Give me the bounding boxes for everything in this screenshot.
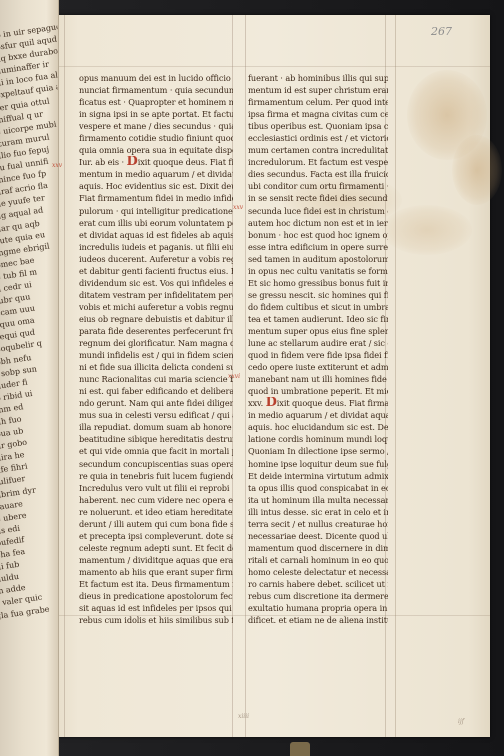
text-line: ro carnis habere debet. scilicet ut nisi	[248, 578, 388, 590]
rubric-initial: D	[127, 156, 138, 168]
marginal-rubric: xxv	[52, 162, 62, 169]
text-line: exultatio humana propria opera in ino	[248, 602, 388, 614]
text-line: mentum id est super christum erant. Voca…	[248, 84, 388, 96]
text-line: ni est. qui faber edificando et delibera	[79, 385, 233, 397]
text-line: nunciat firmamentum · quia secundum illu…	[79, 84, 233, 96]
text-line: cedo opere iuste extiterunt et admiratio…	[248, 361, 388, 373]
text-line: aquis. hoc elucidandum sic est. Deus in …	[248, 421, 388, 433]
text-line: re noluerunt. et ideo etiam hereditatem …	[79, 506, 233, 518]
text-line: iudeos ducerent. Auferetur a vobis regnu…	[79, 253, 233, 265]
text-line: quod in fidem vere fide ipsa fidei fine …	[248, 349, 388, 361]
text-line: manebant nam ut illi homines fide tamen	[248, 373, 388, 385]
text-line: Et deide intermina virtutum admixte	[248, 470, 388, 482]
facing-page-text: o in uir sepagudosfur quil aqudaq bxxe d…	[0, 30, 58, 623]
ruling-line	[395, 15, 396, 737]
bottom-mark: ijf	[458, 718, 464, 725]
text-line: ndo gerunt. Nam qui ante fidei diligens …	[79, 397, 233, 409]
water-stain	[452, 135, 502, 205]
text-line: in signa ipsi in se apte portat. Et fact…	[79, 108, 233, 120]
text-line: Fiat firmamentum fidei in medio infideli…	[79, 192, 233, 204]
text-line: homine ipse loquitur deum sue fulgere.	[248, 458, 388, 470]
text-line: in se sensit recte fidei dies secundus /…	[248, 192, 388, 204]
text-line: nunc Racionalitas cui maria sciencie bo	[79, 373, 233, 385]
text-line: et precepta ipsi compleverunt. dote sang…	[79, 530, 233, 542]
text-line: mamento ab hiis que erant super firmamen…	[79, 566, 233, 578]
text-line: mundi infidelis est / qui in fidem scien…	[79, 349, 233, 361]
text-line: mentum in medio aquarum / et dividat aqu…	[79, 168, 233, 180]
text-line: dificet. et etiam ne de aliena instituti…	[248, 614, 388, 626]
book-clip	[290, 742, 310, 756]
text-line: firmamento cotidie studio finiunt quod e…	[79, 132, 233, 144]
text-line: mamentum quod discernere in dimissurus s…	[248, 542, 388, 554]
ruling-line	[245, 15, 246, 737]
text-line: dies secundus. Facta est illa fruicio in…	[248, 168, 388, 180]
text-line: Iur. ab eis · Dixit quoque deus. Fiat fi…	[79, 156, 233, 168]
text-line: erat cum illis ubi eorum voluntatem perp…	[79, 217, 233, 229]
text-line: Et factum est ita. Deus firmamentum fide…	[79, 578, 233, 590]
text-line: derunt / illi autem qui cum bona fide su…	[79, 518, 233, 530]
text-line: do fidem cultibus et sicut in umbra an	[248, 301, 388, 313]
text-line: ritali et carnali hominum in eo quod	[248, 554, 388, 566]
text-line: beatitudine sibique hereditatis destruit…	[79, 433, 233, 445]
text-line: firmamentum celum. Per quod intelligitur…	[248, 96, 388, 108]
folio-number: 267	[431, 25, 452, 38]
text-column-left: opus manuum dei est in lucido officio su…	[79, 72, 233, 626]
text-line: haberent. nec cum videre nec opera et ip…	[79, 494, 233, 506]
ruling-line	[64, 15, 65, 737]
text-line: ita ut hominum illa multa necessaria	[248, 494, 388, 506]
text-line: Et sic homo gressibus bonus fuit in	[248, 277, 388, 289]
text-line: ubi conditor cum ortu firmamenti · et qu…	[248, 180, 388, 192]
facing-page-curl: o in uir sepagudosfur quil aqudaq bxxe d…	[0, 0, 59, 756]
text-line: ficatus est · Quapropter et hominem mani…	[79, 96, 233, 108]
text-line: in opus nec cultu vanitatis se formaveru…	[248, 265, 388, 277]
text-line: Incredulus vero vult ut filii ei reprobi	[79, 482, 233, 494]
text-line: autem hoc dictum non est et in ierit deu…	[248, 217, 388, 229]
text-line: celeste regnum adepti sunt. Et fecit deu…	[79, 542, 233, 554]
ruling-line	[52, 66, 490, 67]
text-line: lune ac stellarum audire erat / sic erat…	[248, 337, 388, 349]
text-line: vespere et mane / dies secundus · quia e…	[79, 120, 233, 132]
text-line: illi intus desse. sic erat in celo et in	[248, 506, 388, 518]
text-line: se gressu nescit. sic homines qui fidem …	[248, 289, 388, 301]
text-line: et dividat aquas id est fideles ab aquis…	[79, 229, 233, 241]
text-line: ditatem vestram per infidelitatem perdid…	[79, 289, 233, 301]
text-line: secundum concupiscentias suas operatur o…	[79, 458, 233, 470]
text-line: bonum · hoc est quod hoc ignem opus fide…	[248, 229, 388, 241]
text-line: xxv. Dixit quoque deus. Fiat firmamentum	[248, 397, 388, 409]
text-line: incredulorum. Et factum est vespere et m…	[248, 156, 388, 168]
text-line: terra secit / et nullus creaturae hominu…	[248, 518, 388, 530]
text-column-right: fuerant · ab hominibus illis qui super f…	[248, 72, 388, 626]
text-line: aquis. Hoc evidentius sic est. Dixit deu…	[79, 180, 233, 192]
text-line: pulorum · qui intelligitur predicatione …	[79, 205, 233, 217]
text-line: latione cordis hominum mundi loquitur /	[248, 433, 388, 445]
manuscript-page: 267 opus manuum dei est in lucido offici…	[52, 15, 490, 737]
text-line: ecclesiastici ordinis est / et victorios…	[248, 132, 388, 144]
bottom-mark: xiiii	[238, 713, 249, 720]
text-line: quia omnia opera sua in equitate disponu…	[79, 144, 233, 156]
text-line: et qui vide omnia que facit in mortali p…	[79, 445, 233, 457]
text-line: eius ob regnare debuistis et dabitur ill…	[79, 313, 233, 325]
text-line: mus sua in celesti versu edificat / qui …	[79, 409, 233, 421]
text-line: ni et fide sua illicita delicta condeni …	[79, 361, 233, 373]
text-line: ipsa firma et magna civitas cum celes	[248, 108, 388, 120]
text-line: illa repudiat. domum suam ab honore et a	[79, 421, 233, 433]
text-line: Quoniam In dilectione ipse sermo / quia …	[248, 445, 388, 457]
marginal-rubric: xxvi	[228, 373, 240, 380]
text-line: incredulis iudeis et paganis. ut filii e…	[79, 241, 233, 253]
text-line: mum certamen contra incredulitatem omniu…	[248, 144, 388, 156]
text-line: necessariae deest. Dicente quod ubi de f…	[248, 530, 388, 542]
text-line: opus manuum dei est in lucido officio su…	[79, 72, 233, 84]
text-line: rebus cum idolis et hiis similibus sub f…	[79, 614, 233, 626]
text-line: tea et tamen audierunt. Ideo sic firma	[248, 313, 388, 325]
text-line: fuerant · ab hominibus illis qui super f…	[248, 72, 388, 84]
text-line: sed tamen in auditum apostolorum. illi e…	[248, 253, 388, 265]
rubric-initial: D	[266, 397, 277, 409]
text-line: parata fide deserentes perfecerunt fruct…	[79, 325, 233, 337]
text-line: secunda luce fidei est in christum crede…	[248, 205, 388, 217]
marginal-rubric: xxv	[233, 204, 243, 211]
text-line: vobis et michi auferetur a vobis regnum …	[79, 301, 233, 313]
text-line: mentum super opus eius fine splendore so…	[248, 325, 388, 337]
text-line: in medio aquarum / et dividat aquas ab	[248, 409, 388, 421]
text-line: rebus cum discretione ita dermeret ne	[248, 590, 388, 602]
text-line: homo celeste delectatur et necessaria ca	[248, 566, 388, 578]
text-line: dividendum sic est. Vos qui infideles es…	[79, 277, 233, 289]
text-line: ta opus illis quod conspicabat in eo fac…	[248, 482, 388, 494]
text-line: sit aquas id est infideles per ipsos qui…	[79, 602, 233, 614]
text-line: quod in umbratione peperit. Et michalo	[248, 385, 388, 397]
text-line: et dabitur genti facienti fructus eius. …	[79, 265, 233, 277]
text-line: tibus operibus est. Quoniam ipsa civitas…	[248, 120, 388, 132]
text-line: dieus in predicatione apostolorum fecit.…	[79, 590, 233, 602]
text-line: esse intra edificium in opere surrexerun…	[248, 241, 388, 253]
text-line: regnum dei glorificatur. Nam magna divic…	[79, 337, 233, 349]
text-line: re quia in tenebris fuit lucem fugiendo.	[79, 470, 233, 482]
text-line: mamentum / dividitque aquas que erant su…	[79, 554, 233, 566]
